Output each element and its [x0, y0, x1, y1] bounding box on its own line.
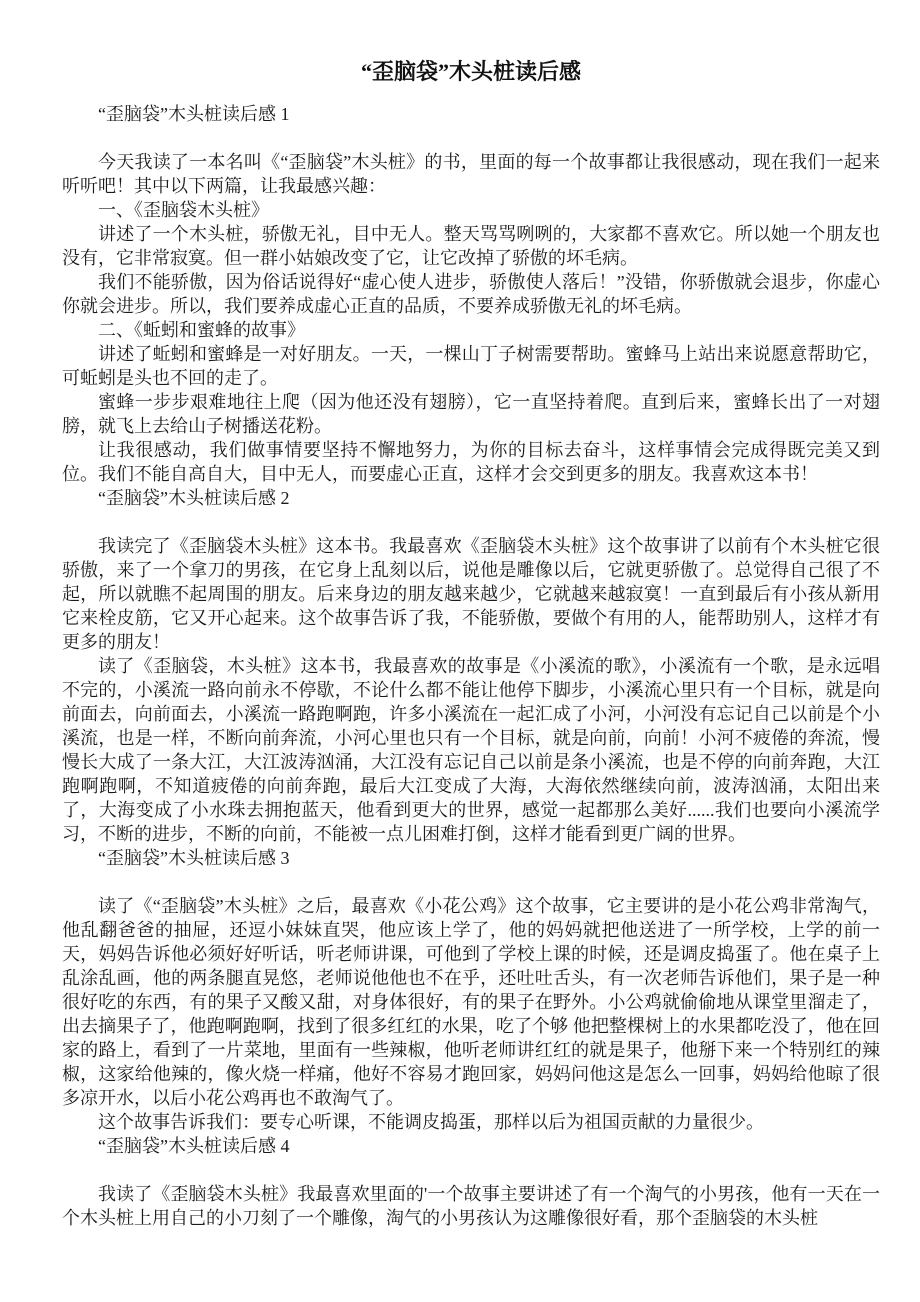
section-heading-4: “歪脑袋”木头桩读后感 4: [62, 1134, 880, 1158]
section-heading-3: “歪脑袋”木头桩读后感 3: [62, 846, 880, 870]
section-heading-2: “歪脑袋”木头桩读后感 2: [62, 486, 880, 510]
paragraph: 让我很感动，我们做事情要坚持不懈地努力，为你的目标去奋斗，这样事情会完成得既完美…: [62, 438, 880, 486]
paragraph: 今天我读了一本名叫《“歪脑袋”木头桩》的书，里面的每一个故事都让我很感动，现在我…: [62, 150, 880, 198]
paragraph: 读了《歪脑袋，木头桩》这本书，我最喜欢的故事是《小溪流的歌》，小溪流有一个歌，是…: [62, 654, 880, 846]
paragraph: 这个故事告诉我们：要专心听课，不能调皮捣蛋，那样以后为祖国贡献的力量很少。: [62, 1110, 880, 1134]
section-review-1: “歪脑袋”木头桩读后感 1 今天我读了一本名叫《“歪脑袋”木头桩》的书，里面的每…: [62, 102, 880, 486]
paragraph: 一、《歪脑袋木头桩》: [62, 198, 880, 222]
paragraph: 读了《“歪脑袋”木头桩》之后，最喜欢《小花公鸡》这个故事，它主要讲的是小花公鸡非…: [62, 894, 880, 1110]
section-heading-1: “歪脑袋”木头桩读后感 1: [62, 102, 880, 126]
section-review-4: “歪脑袋”木头桩读后感 4 我读了《歪脑袋木头桩》我最喜欢里面的'一个故事主要讲…: [62, 1134, 880, 1230]
paragraph: 蜜蜂一步步艰难地往上爬（因为他还没有翅膀），它一直坚持着爬。直到后来，蜜蜂长出了…: [62, 390, 880, 438]
paragraph: 讲述了蚯蚓和蜜蜂是一对好朋友。一天，一棵山丁子树需要帮助。蜜蜂马上站出来说愿意帮…: [62, 342, 880, 390]
document-page: “歪脑袋”木头桩读后感 “歪脑袋”木头桩读后感 1 今天我读了一本名叫《“歪脑袋…: [0, 0, 920, 1302]
paragraph: 讲述了一个木头桩，骄傲无礼，目中无人。整天骂骂咧咧的，大家都不喜欢它。所以她一个…: [62, 222, 880, 270]
paragraph: 二、《蚯蚓和蜜蜂的故事》: [62, 318, 880, 342]
paragraph: 我们不能骄傲，因为俗话说得好“虚心使人进步，骄傲使人落后！”没错，你骄傲就会退步…: [62, 270, 880, 318]
section-review-2: “歪脑袋”木头桩读后感 2 我读完了《歪脑袋木头桩》这本书。我最喜欢《歪脑袋木头…: [62, 486, 880, 846]
document-title: “歪脑袋”木头桩读后感: [62, 58, 880, 86]
section-review-3: “歪脑袋”木头桩读后感 3 读了《“歪脑袋”木头桩》之后，最喜欢《小花公鸡》这个…: [62, 846, 880, 1134]
paragraph: 我读了《歪脑袋木头桩》我最喜欢里面的'一个故事主要讲述了有一个淘气的小男孩，他有…: [62, 1182, 880, 1230]
paragraph: 我读完了《歪脑袋木头桩》这本书。我最喜欢《歪脑袋木头桩》这个故事讲了以前有个木头…: [62, 534, 880, 654]
